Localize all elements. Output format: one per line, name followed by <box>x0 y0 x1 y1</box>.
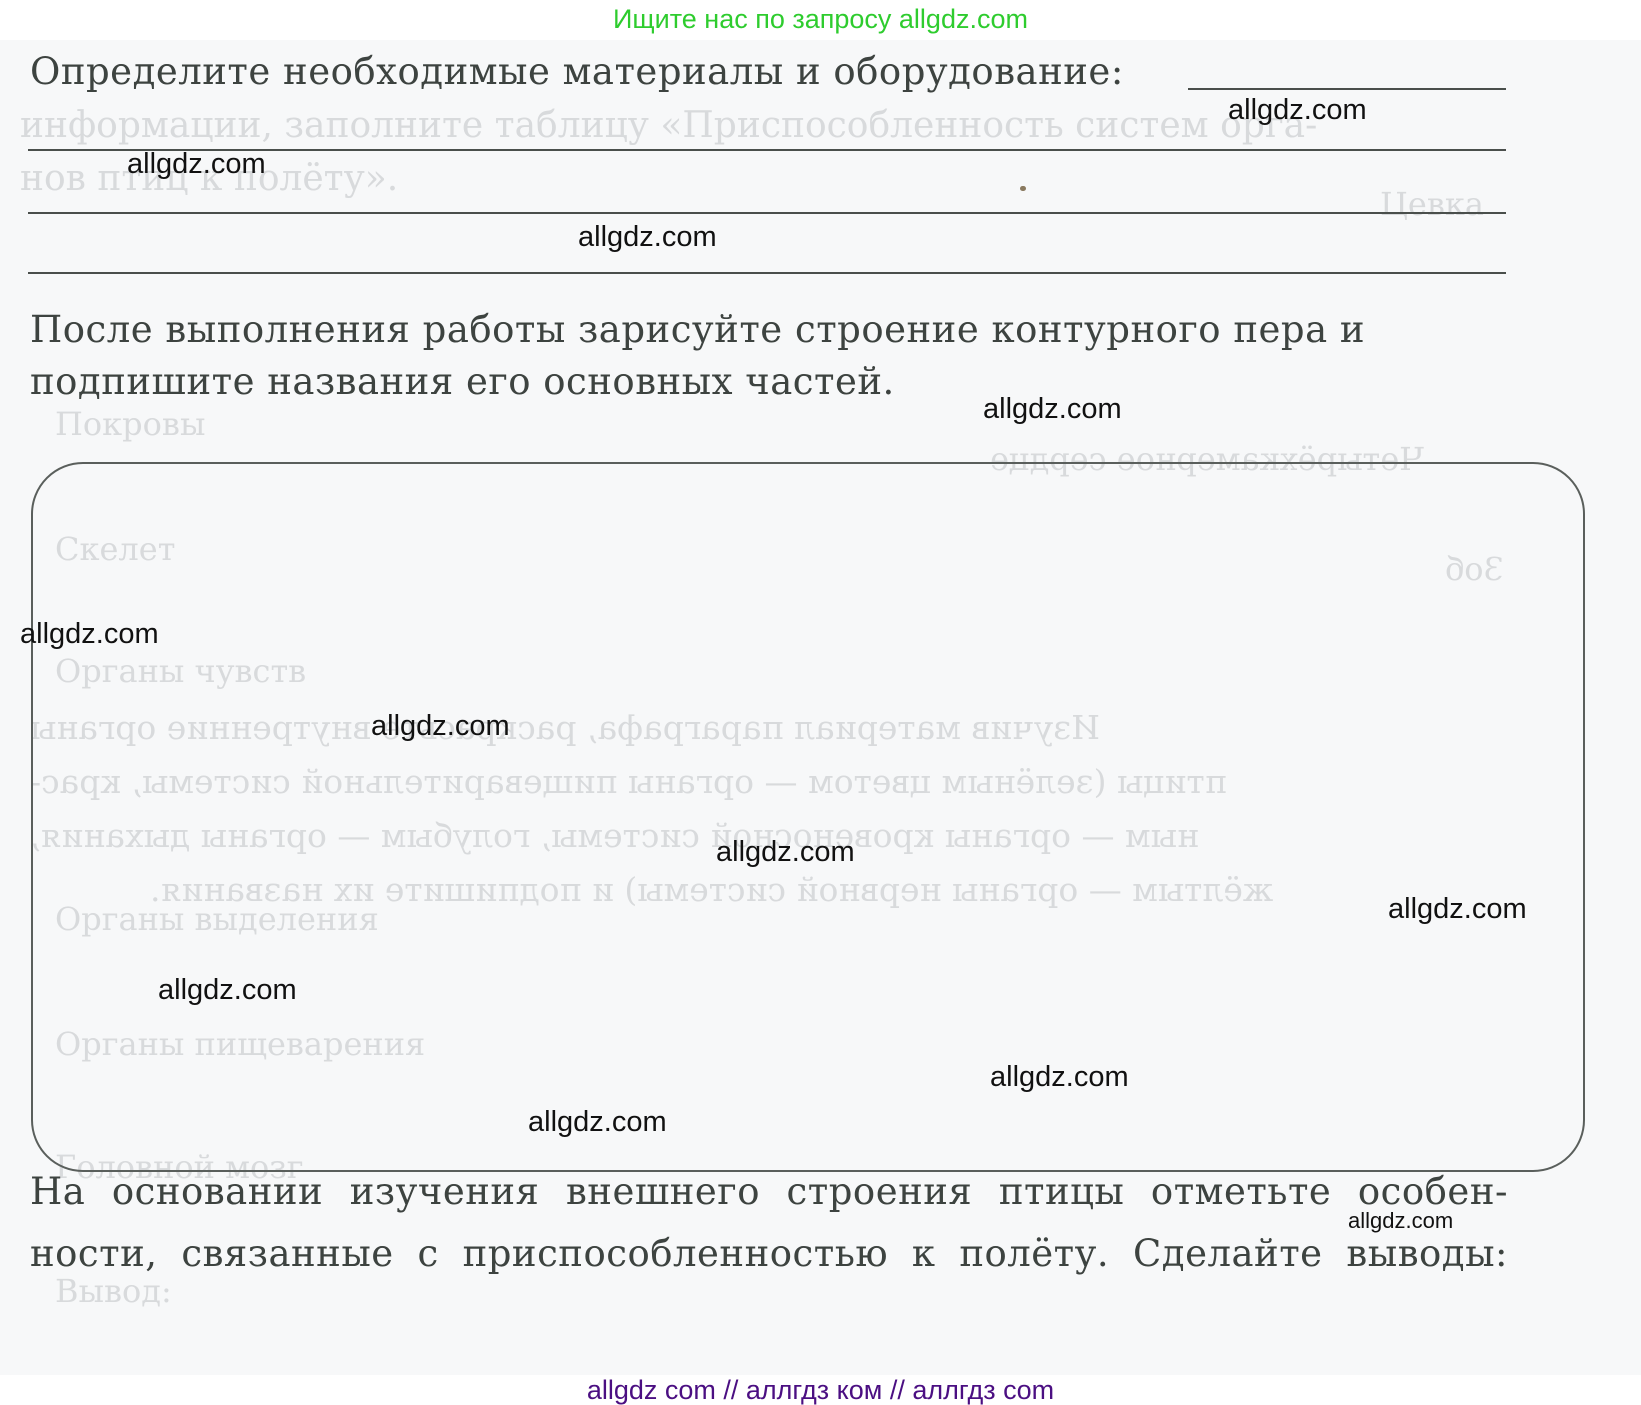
watermark: allgdz.com <box>20 618 159 651</box>
watermark: allgdz.com <box>127 148 266 181</box>
bleed-through-text: информации, заполните таблицу «Приспособ… <box>20 105 1317 146</box>
answer-line[interactable] <box>1188 88 1506 90</box>
flight-adaptation-line2: ности, связанные с приспособленностью к … <box>30 1232 1508 1275</box>
watermark: allgdz.com <box>1388 893 1527 926</box>
flight-adaptation-line1: На основании изучения внешнего строения … <box>30 1170 1508 1213</box>
watermark: allgdz.com <box>158 974 297 1007</box>
answer-line[interactable] <box>28 272 1506 274</box>
bleed-through-text: Вывод: <box>55 1272 172 1310</box>
watermark: allgdz.com <box>578 221 717 254</box>
feather-drawing-area[interactable] <box>31 462 1585 1172</box>
watermark: allgdz.com <box>990 1061 1129 1094</box>
watermark: allgdz.com <box>716 836 855 869</box>
watermark: allgdz.com <box>1228 94 1367 127</box>
bleed-through-text: Цевка <box>1380 185 1484 223</box>
materials-prompt: Определите необходимые материалы и обору… <box>30 50 1124 93</box>
drawing-instruction-line2: подпишите названия его основных частей. <box>30 360 895 403</box>
top-banner[interactable]: Ищите нас по запросу allgdz.com <box>0 0 1641 38</box>
paper-speck <box>1020 186 1026 191</box>
bleed-through-text: Покровы <box>55 405 205 443</box>
drawing-instruction-line1: После выполнения работы зарисуйте строен… <box>30 308 1365 351</box>
answer-line[interactable] <box>28 212 1506 214</box>
watermark: allgdz.com <box>528 1106 667 1139</box>
watermark: allgdz.com <box>1348 1208 1453 1234</box>
watermark: allgdz.com <box>983 393 1122 426</box>
watermark: allgdz.com <box>371 710 510 743</box>
bottom-banner[interactable]: allgdz com // аллгдз ком // аллгдз com <box>0 1375 1641 1405</box>
